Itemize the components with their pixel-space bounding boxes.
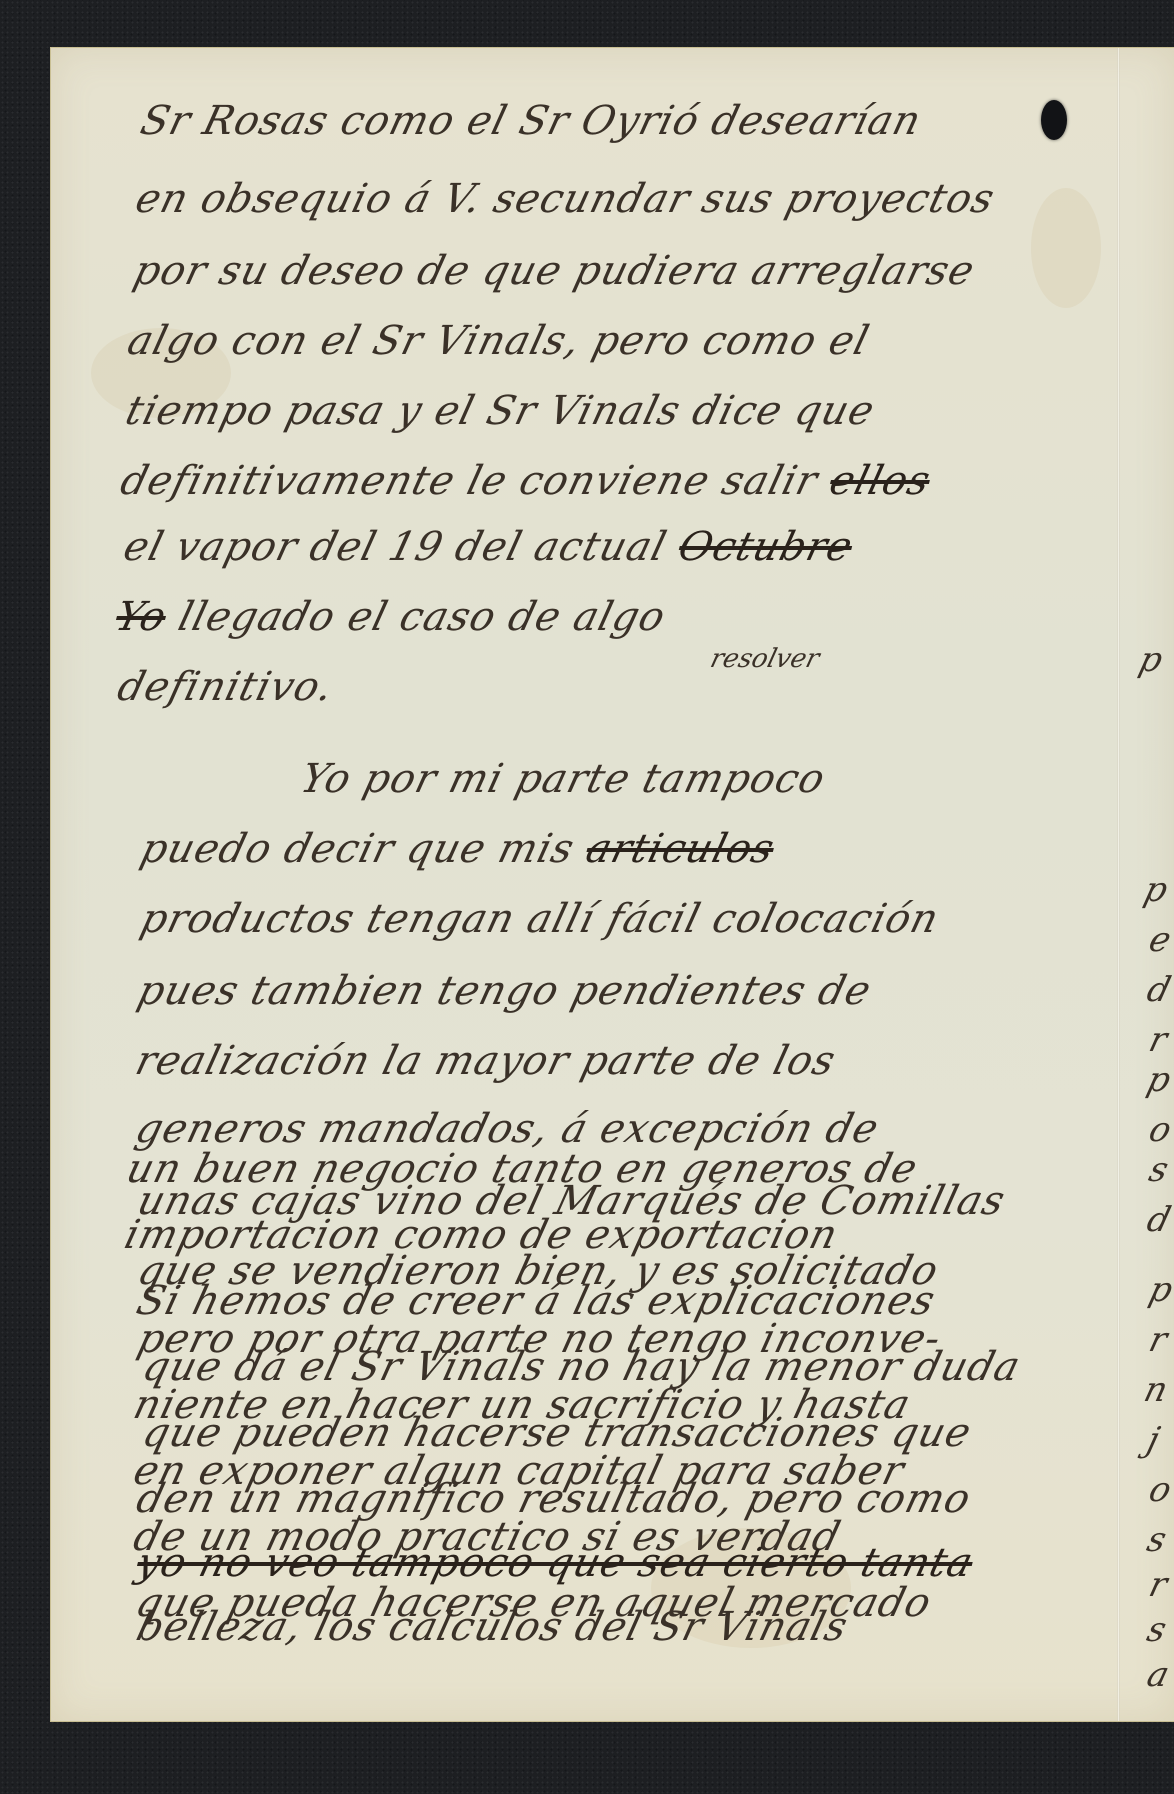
struck-word: articulos (581, 826, 779, 872)
text-line-17: que se vendieron bien, y es solicitado (133, 1248, 943, 1294)
letter-page: Sr Rosas como el Sr Oyrió desearían en o… (50, 47, 1174, 1722)
text-line-19: niente en hacer un sacrificio y hasta (129, 1382, 915, 1428)
struck-word: ellos (825, 458, 935, 504)
fold-line (1117, 48, 1120, 1721)
text-line-11: puedo decir que mis articulos (136, 826, 779, 872)
struck-word: Octubre (674, 524, 858, 570)
text-line-20: en exponer algun capital para saber (129, 1448, 909, 1494)
text-line-1: Sr Rosas como el Sr Oyrió desearían (136, 98, 926, 144)
line-text: definitivamente le conviene salir (116, 458, 823, 504)
text-line-16: unas cajas vino del Marqués de Comillas (133, 1178, 1010, 1224)
paper-stain (1031, 188, 1101, 308)
text-line-6: definitivamente le conviene salir ellos (116, 458, 935, 504)
text-line-10: Yo por mi parte tampoco (296, 756, 830, 802)
text-line-12: productos tengan allí fácil colocación (136, 896, 944, 942)
text-line-21: de un modo practico si es verdad (129, 1514, 846, 1560)
text-line-13: pues tambien tengo pendientes de (133, 968, 876, 1014)
struck-word: Yo (111, 594, 171, 640)
text-line-7: el vapor del 19 del actual Octubre (119, 524, 858, 570)
line-text: el vapor del 19 del actual (119, 524, 672, 570)
text-line-9: definitivo. (113, 664, 338, 710)
line-text: puedo decir que mis (136, 826, 579, 872)
punch-hole (1041, 100, 1067, 140)
text-line-4: algo con el Sr Vinals, pero como el (123, 318, 874, 364)
text-line-15: generos mandados, á excepción de (131, 1106, 884, 1152)
text-line-18: pero por otra parte no tengo inconve- (133, 1316, 946, 1362)
text-line-22: que pueda hacerse en aquel mercado (131, 1580, 936, 1626)
text-line-14: realización la mayor parte de los (131, 1038, 840, 1084)
line-text: llegado el caso de algo (174, 594, 671, 640)
text-line-5: tiempo pasa y el Sr Vinals dice que (121, 388, 879, 434)
inserted-word: resolver (707, 644, 822, 674)
text-line-8: Yo llegado el caso de algo (111, 594, 670, 640)
text-line-3: por su deseo de que pudiera arreglarse (129, 248, 979, 294)
text-line-2: en obsequio á V. secundar sus proyectos (131, 176, 999, 222)
